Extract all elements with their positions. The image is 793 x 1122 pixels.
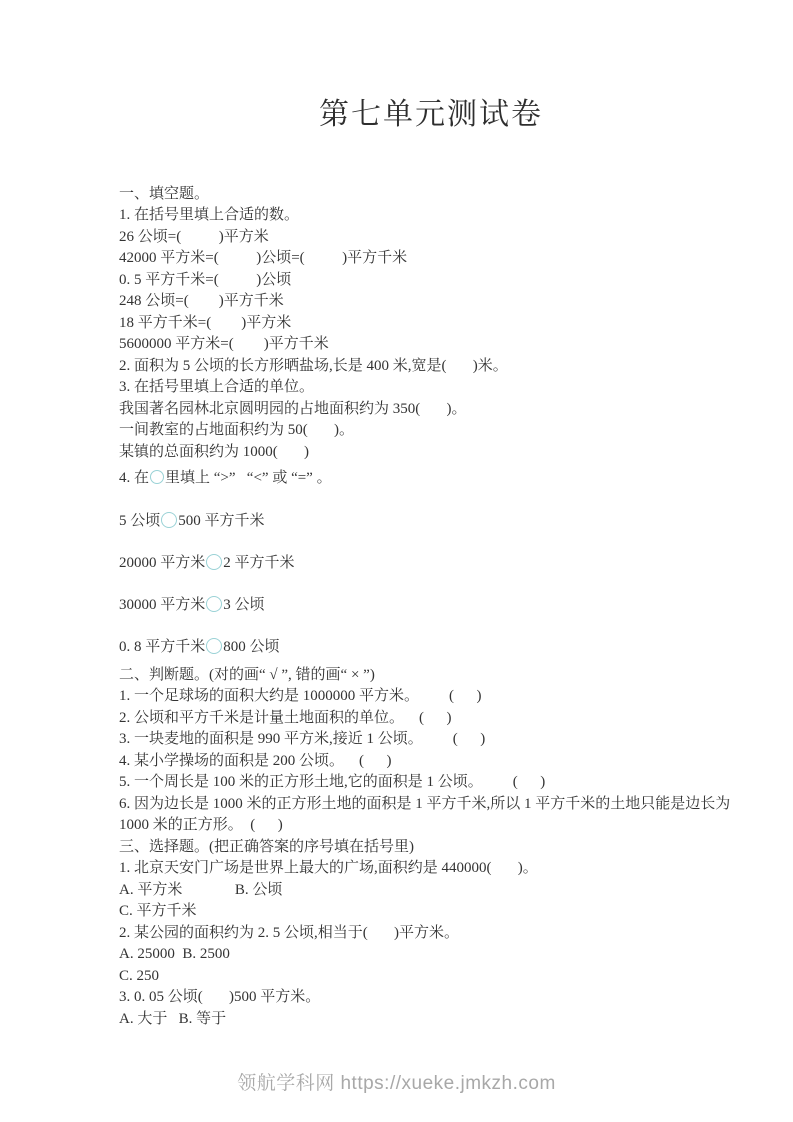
comparison-right: 3 公顷	[223, 597, 264, 613]
comparison-left: 30000 平方米	[119, 597, 205, 613]
option-line: C. 250	[119, 966, 743, 988]
page-title: 第七单元测试卷	[119, 0, 743, 134]
option-line: A. 平方米 B. 公顷	[119, 880, 743, 902]
judgment-item: 2. 公顷和平方千米是计量土地面积的单位。 ( )	[119, 708, 743, 730]
compare-circle-icon	[206, 596, 222, 612]
page-content: 第七单元测试卷 一、填空题。 1. 在括号里填上合适的数。 26 公顷=( )平…	[119, 0, 743, 1030]
fill-blank-line: 0. 5 平方千米=( )公顷	[119, 270, 743, 292]
comparison-left: 20000 平方米	[119, 555, 205, 571]
fill-blank-line: 248 公顷=( )平方千米	[119, 291, 743, 313]
judgment-item: 6. 因为边长是 1000 米的正方形土地的面积是 1 平方千米,所以 1 平方…	[119, 794, 743, 837]
question-line: 2. 面积为 5 公顷的长方形晒盐场,长是 400 米,宽是( )米。	[119, 356, 743, 378]
choice-question-line: 3. 0. 05 公顷( )500 平方米。	[119, 987, 743, 1009]
fill-blank-line: 18 平方千米=( )平方米	[119, 313, 743, 335]
judgment-item: 4. 某小学操场的面积是 200 公顷。 ( )	[119, 751, 743, 773]
comparison-row: 30000 平方米3 公顷	[119, 594, 743, 616]
judgment-item: 3. 一块麦地的面积是 990 平方米,接近 1 公顷。 ( )	[119, 729, 743, 751]
fill-blank-line: 5600000 平方米=( )平方千米	[119, 334, 743, 356]
compare-circle-icon	[206, 638, 222, 654]
compare-circle-icon	[206, 554, 222, 570]
comparison-row: 5 公顷500 平方千米	[119, 510, 743, 532]
comparison-right: 500 平方千米	[178, 513, 264, 529]
compare-circle-icon	[150, 470, 164, 484]
judgment-item: 1. 一个足球场的面积大约是 1000000 平方米。 ( )	[119, 686, 743, 708]
question-text: 里填上 “>” “<” 或 “=” 。	[165, 470, 332, 486]
comparison-left: 5 公顷	[119, 513, 160, 529]
watermark-text: 领航学科网 https://xueke.jmkzh.com	[237, 1073, 556, 1094]
section2-header: 二、判断题。(对的画“ √ ”, 错的画“ × ”)	[119, 665, 743, 687]
judgment-item: 5. 一个周长是 100 米的正方形土地,它的面积是 1 公顷。 ( )	[119, 772, 743, 794]
unit-blank-line: 我国著名园林北京圆明园的占地面积约为 350( )。	[119, 399, 743, 421]
comparison-left: 0. 8 平方千米	[119, 639, 205, 655]
choice-question-line: 1. 北京天安门广场是世界上最大的广场,面积约是 440000( )。	[119, 858, 743, 880]
section3-header: 三、选择题。(把正确答案的序号填在括号里)	[119, 837, 743, 859]
comparison-row: 20000 平方米2 平方千米	[119, 552, 743, 574]
compare-circle-icon	[161, 512, 177, 528]
comparison-right: 800 公顷	[223, 639, 279, 655]
question-line: 4. 在里填上 “>” “<” 或 “=” 。	[119, 468, 743, 490]
choice-question-line: 2. 某公园的面积约为 2. 5 公顷,相当于( )平方米。	[119, 923, 743, 945]
fill-blank-line: 42000 平方米=( )公顷=( )平方千米	[119, 248, 743, 270]
watermark-footer: 领航学科网 https://xueke.jmkzh.com	[0, 1068, 793, 1095]
fill-blank-line: 26 公顷=( )平方米	[119, 227, 743, 249]
question-text: 4. 在	[119, 470, 149, 486]
section1-header: 一、填空题。	[119, 184, 743, 206]
comparison-row: 0. 8 平方千米800 公顷	[119, 636, 743, 658]
unit-blank-line: 一间教室的占地面积约为 50( )。	[119, 420, 743, 442]
question-line: 3. 在括号里填上合适的单位。	[119, 377, 743, 399]
option-line: A. 大于 B. 等于	[119, 1009, 743, 1031]
option-line: C. 平方千米	[119, 901, 743, 923]
test-paper-page: 第七单元测试卷 一、填空题。 1. 在括号里填上合适的数。 26 公顷=( )平…	[0, 0, 793, 1122]
question-line: 1. 在括号里填上合适的数。	[119, 205, 743, 227]
comparison-right: 2 平方千米	[223, 555, 294, 571]
option-line: A. 25000 B. 2500	[119, 944, 743, 966]
unit-blank-line: 某镇的总面积约为 1000( )	[119, 442, 743, 464]
